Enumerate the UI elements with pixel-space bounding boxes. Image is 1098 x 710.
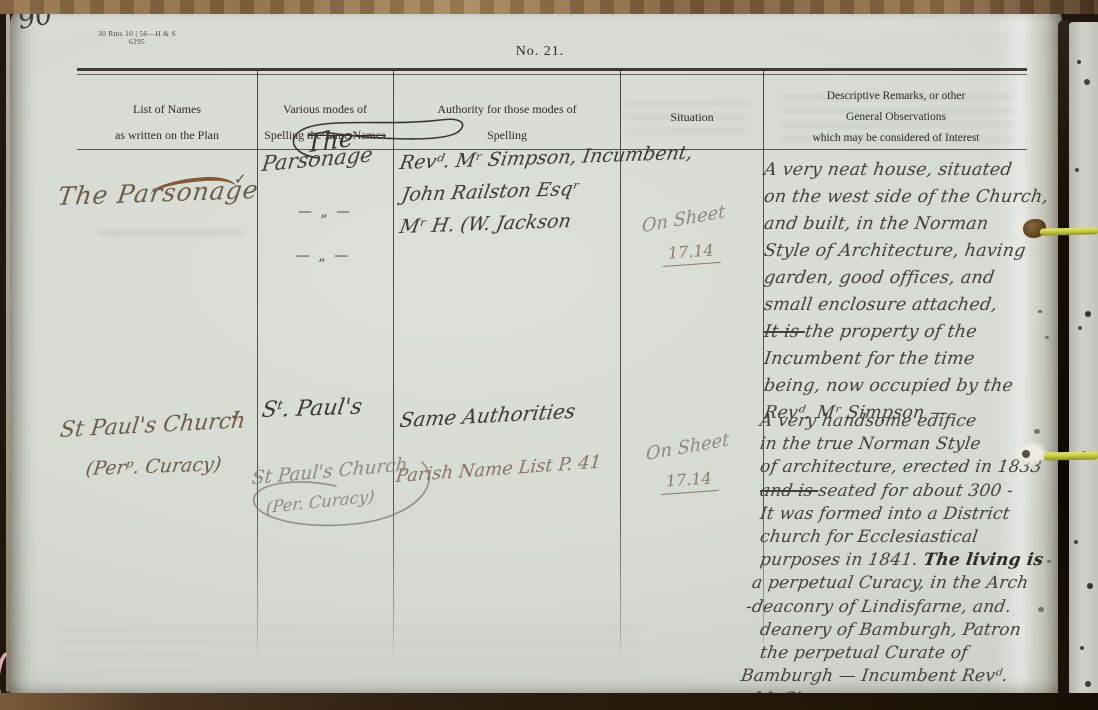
remark-line: garden, good offices, and: [762, 265, 1050, 292]
remark-line: -deaconry of Lindisfarne, and.: [744, 596, 1045, 619]
pencil-smear: [98, 230, 244, 242]
remark-line: and is seated for about 300 -: [758, 480, 1045, 503]
table-surface-bottom: [0, 693, 1098, 710]
remark-line: in the true Norman Style: [758, 433, 1045, 456]
situation-reference-value: 17.14: [661, 240, 720, 267]
header-line: as written on the Plan: [80, 122, 254, 148]
column-header-situation: Situation: [622, 110, 762, 125]
check-mark: ✓: [230, 406, 243, 424]
remark-line: Bamburgh — Incumbent Revᵈ.: [739, 665, 1045, 688]
binding-thread: [1044, 452, 1098, 461]
imprint-line2: 6295: [82, 38, 192, 46]
remark-line: and built, in the Norman: [762, 211, 1050, 238]
facing-page-edges: [1069, 22, 1098, 696]
header-line: List of Names: [80, 96, 254, 122]
authority-entry: Same Authorities: [398, 399, 577, 432]
remark-line: A very neat house, situated: [762, 157, 1050, 184]
remarks-block: A very handsome edificein the true Norma…: [760, 410, 1043, 710]
remark-line: A very handsome edifice: [758, 410, 1045, 433]
remark-line: Incumbent for the time: [762, 346, 1050, 373]
entry-name: St Paul's Church: [58, 408, 246, 443]
remark-line: being, now occupied by the: [762, 373, 1050, 400]
check-mark: ✓: [234, 170, 247, 188]
column-divider-1: [257, 70, 258, 658]
remark-line: It is the property of the: [762, 319, 1050, 346]
table-top-rule-thick: [77, 68, 1027, 71]
column-header-authority: Authority for those modes of Spelling: [396, 96, 618, 148]
situation-reference: 17.14: [659, 468, 718, 491]
page-edge-left: [6, 14, 10, 692]
remarks-block: A very neat house, situatedon the west s…: [764, 157, 1048, 427]
binding-thread: [1040, 227, 1098, 236]
table-surface-top: [0, 0, 1098, 14]
name-book-photo: 90 30 Rms 10 | 56—H & S 6295 No. 21. Lis…: [0, 0, 1098, 710]
show-through-smudge: [60, 626, 640, 672]
remark-line: purposes in 1841. The living is: [758, 549, 1045, 572]
column-header-remarks: Descriptive Remarks, or other General Ob…: [764, 86, 1028, 149]
situation-sheet: On Sheet: [646, 429, 729, 465]
entry-name-qualifier: (Perᵖ. Curacy): [84, 453, 222, 480]
spelling-entry: Sᵗ. Paul's: [260, 394, 363, 423]
remark-line: of architecture, erected in 1833: [758, 456, 1045, 479]
ink-speckles: [1077, 60, 1081, 64]
situation-reference: 17.14: [661, 240, 720, 263]
remark-line: small enclosure attached,: [762, 292, 1050, 319]
header-line: Descriptive Remarks, or other: [764, 86, 1028, 107]
ledger-page: 90 30 Rms 10 | 56—H & S 6295 No. 21. Lis…: [10, 8, 1062, 696]
header-line: Authority for those modes of: [396, 96, 618, 122]
situation-reference-value: 17.14: [659, 468, 718, 495]
worn-hole: [1015, 443, 1045, 464]
entry-name: The Parsonage: [56, 175, 261, 211]
printers-imprint: 30 Rms 10 | 56—H & S 6295: [82, 30, 192, 46]
ditto-mark: — „ —: [298, 204, 352, 220]
ink-specks: [1038, 310, 1042, 313]
sheet-number-title: No. 21.: [480, 44, 600, 60]
column-header-names: List of Names as written on the Plan: [80, 96, 254, 148]
situation-sheet: On Sheet: [642, 201, 725, 237]
authority-entry: Mʳ H. (W. Jackson: [398, 210, 573, 238]
remark-line: a perpetual Curacy, in the Arch: [750, 572, 1045, 595]
header-line: General Observations: [764, 107, 1028, 128]
remark-line: the perpetual Curate of: [758, 642, 1045, 665]
remark-line: church for Ecclesiastical: [758, 526, 1045, 549]
remark-line: It was formed into a District: [758, 503, 1045, 526]
remark-line: on the west side of the Church,: [762, 184, 1050, 211]
header-line: which may be considered of Interest: [764, 128, 1028, 149]
remark-line: deanery of Bamburgh, Patron: [758, 619, 1045, 642]
remark-line: Style of Architecture, having: [762, 238, 1050, 265]
table-top-rule-thin: [77, 74, 1027, 75]
authority-entry: John Railston Esqʳ: [400, 178, 581, 206]
thread-hole: [1022, 450, 1030, 458]
ditto-mark: — „ —: [296, 248, 350, 264]
header-line: Spelling: [396, 122, 618, 148]
